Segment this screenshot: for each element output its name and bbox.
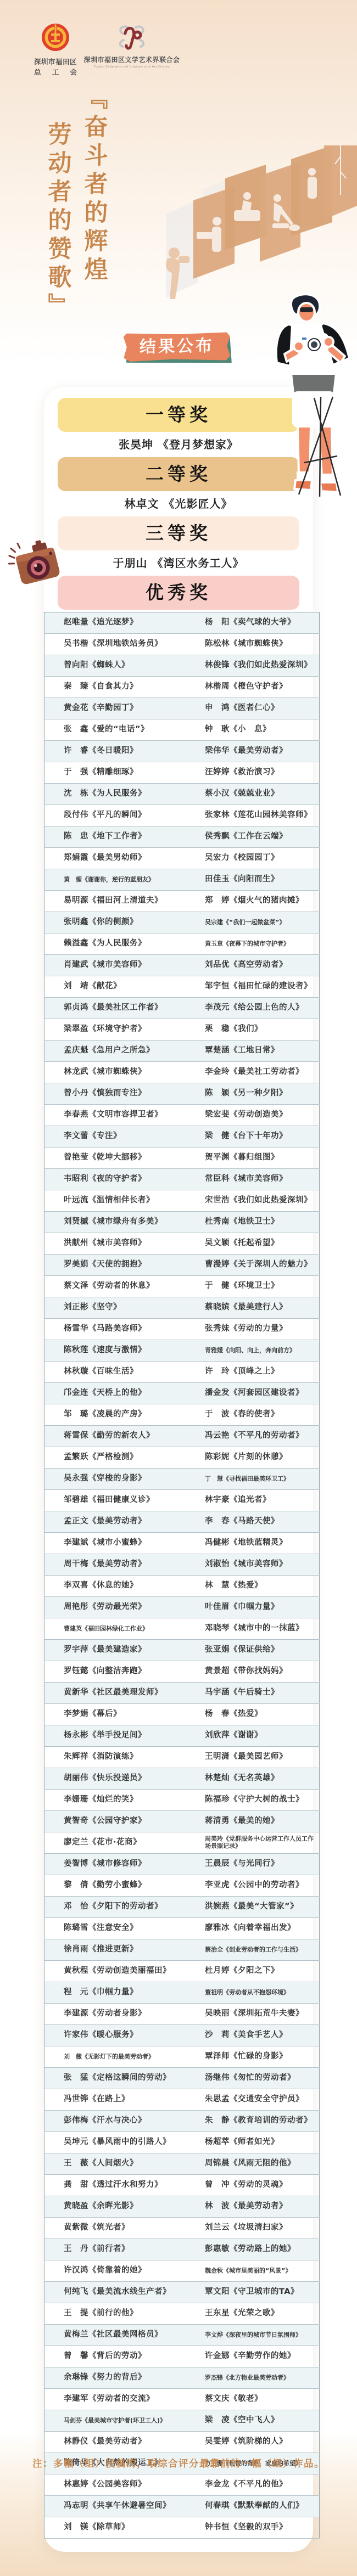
entry-left: 胡丽伟《快乐投递员》: [44, 1768, 205, 1790]
entry-left: 陈秋莲《速度与激情》: [44, 1340, 205, 1362]
results-card: 一等奖 张昊坤 《登月梦想家》 二等奖 林卓文 《光影匠人》 三等奖 于朋山 《…: [44, 387, 313, 2552]
entry-right: 林楚灿《无名英雄》: [204, 1768, 320, 1790]
entry-left: 吴坤元《暴风雨中的引路人》: [44, 2132, 205, 2153]
entry-left: 李梦娟《幕后》: [44, 1704, 205, 1725]
entry-left: 余琳锋《努力的背后》: [44, 2367, 205, 2389]
entry-left: 刘 薇《无影灯下的最美劳动者》: [44, 2046, 205, 2068]
entry-left: 黄晓盈《余晖光影》: [44, 2196, 205, 2218]
table-row: 吴坤元《暴风雨中的引路人》杨超萃《师者如光》: [44, 2132, 320, 2153]
entry-left: 李双喜《休息的她》: [44, 1576, 205, 1597]
entry-right: 陈福珍《守护大树的战士》: [204, 1790, 320, 1811]
table-row: 黄梅兰《社区最美网格员》李文烨《深夜里的城市节日氛围师》: [44, 2325, 320, 2346]
entry-right: 洪婉燕《最美“大管家”》: [204, 1897, 320, 1918]
photographer-silhouette-icon: [146, 244, 198, 302]
table-row: 周干梅《最美劳动者》刘淑怡《城市美容师》: [44, 1554, 320, 1576]
entry-right: 林 波《最美劳动者》: [204, 2196, 320, 2218]
table-row: 杨永彬《举手投足间》刘欣萍《谢谢》: [44, 1725, 320, 1747]
table-row: 何纯飞《最美流水线生产者》覃文阳《守卫城市的TA》: [44, 2282, 320, 2303]
entry-left: 邝金连《天桥上的他》: [44, 1383, 205, 1404]
table-row: 孟正文《最美劳动者》李 春《马路天使》: [44, 1511, 320, 1533]
union-logo-line2: 总工会: [34, 67, 77, 77]
table-row: 陈璐雪《注意安全》廖雅冰《向着幸福出发》: [44, 1918, 320, 1939]
entry-left: 徐肖雨《推进更新》: [44, 1939, 205, 1961]
table-row: 李建源《劳动者身影》吴映丽《深圳拓荒牛夫妻》: [44, 2004, 320, 2025]
union-emblem-icon: [41, 23, 70, 52]
table-row: 冯世铧《在路上》朱思孟《交通安全守护员》: [44, 2089, 320, 2111]
entry-left: 许家伟《暖心服务》: [44, 2025, 205, 2046]
entry-right: 梁伟华《最美劳动者》: [204, 741, 320, 762]
table-row: 郑娟霞《最美男幼师》吴宏力《校园园丁》: [44, 848, 320, 869]
entry-left: 王 提《前行的他》: [44, 2303, 205, 2325]
entry-right: 蔡文庆《敬老》: [204, 2389, 320, 2410]
table-row: 黄新华《社区最美理发师》马宇涵《午后骑士》: [44, 1683, 320, 1704]
entry-right: 曹漫婷《关于深圳人的魅力》: [204, 1255, 320, 1276]
entry-right: 魏金秋《城市里美丽的“风景”》: [204, 2260, 320, 2282]
entry-right: 蔡小汉《兢兢业业》: [204, 784, 320, 805]
table-row: 蒋雪保《勤劳的新农人》冯云艳《不平凡的劳动者》: [44, 1426, 320, 1447]
table-row: 李春燕《文明市容捍卫者》梁宏斐《劳动创造美》: [44, 1105, 320, 1126]
entry-left: 李文蕾《专注》: [44, 1126, 205, 1148]
table-row: 吴书楷《深圳地铁站务员》陈松林《城市蜘蛛侠》: [44, 634, 320, 655]
table-row: 段付伟《平凡的瞬间》张家林《莲花山园林美容师》: [44, 805, 320, 826]
table-row: 罗美娟《天使的拥抱》曹漫婷《关于深圳人的魅力》: [44, 1255, 320, 1276]
entry-left: 张 鑫《爱的“电话”》: [44, 719, 205, 741]
entry-left: 曹建英《福田园林绿化工作业》: [44, 1618, 205, 1640]
entry-right: 田佳玉《向阳而生》: [204, 869, 320, 891]
table-row: 徐肖雨《推进更新》蔡治全《创业劳动者的工作与生活》: [44, 1939, 320, 1961]
entry-left: 何纯飞《最美流水线生产者》: [44, 2282, 205, 2303]
entry-left: 许汉鸿《倚靠着的她》: [44, 2260, 205, 2282]
entry-right: 王东星《光荣之歌》: [204, 2303, 320, 2325]
federation-logo-block: 深圳市福田区文学艺术界联合会 Futian Federation of Lite…: [82, 22, 181, 69]
entry-right: 青雅媛《向阳、向上，奔向前方》: [204, 1340, 320, 1362]
entry-left: 程 元《巾帼力量》: [44, 1982, 205, 2004]
entry-left: 叶远流《温情相伴长者》: [44, 1190, 205, 1212]
entry-right: 叶佳眉《巾帼力量》: [204, 1597, 320, 1618]
entry-right: 宋世浩《我们如此热爱深圳》: [204, 1190, 320, 1212]
third-prize-winner: 于朋山 《湾区水务工人》: [44, 550, 313, 576]
entry-left: 马剑芬《最美城市守护者(环卫工人)》: [44, 2410, 205, 2432]
page-title-line-1: 『奋斗者的辉煌: [80, 86, 107, 285]
entry-left: 罗美娟《天使的拥抱》: [44, 1255, 205, 1276]
table-row: 李文蕾《专注》梁 健《台下十年功》: [44, 1126, 320, 1148]
entry-right: 常臣科《城市美容师》: [204, 1169, 320, 1190]
entry-left: 黄秋程《劳动创造美丽福田》: [44, 1961, 205, 1982]
table-row: 曾艳莹《乾坤大挪移》贺平渊《暮归组图》: [44, 1148, 320, 1169]
entry-right: 冯健彬《地铁蓝精灵》: [204, 1533, 320, 1554]
table-row: 邓 怡《夕阳下的劳动者》洪婉燕《最美“大管家”》: [44, 1897, 320, 1918]
entry-left: 周艳彤《劳动最光荣》: [44, 1597, 205, 1618]
entry-right: 梁 健《台下十年功》: [204, 1126, 320, 1148]
entry-right: 杨超萃《师者如光》: [204, 2132, 320, 2153]
table-row: 许汉鸿《倚靠着的她》魏金秋《城市里美丽的“风景”》: [44, 2260, 320, 2282]
entry-left: 黄智奇《公园守护家》: [44, 1811, 205, 1832]
entry-right: 何春琪《默默奉献的人们》: [204, 2496, 320, 2517]
entry-left: 韦昭利《夜的守护者》: [44, 1169, 205, 1190]
table-row: 黄晓盈《余晖光影》林 波《最美劳动者》: [44, 2196, 320, 2218]
table-row: 许家伟《暖心服务》沙 莉《美食手艺人》: [44, 2025, 320, 2046]
table-row: 孟庆魁《急用户之所急》覃楚涵《工地日常》: [44, 1040, 320, 1062]
entry-right: 李金玲《最美社工劳动者》: [204, 1062, 320, 1083]
entry-left: 曾小丹《慎独而专注》: [44, 1083, 205, 1105]
entry-left: 黄梅兰《社区最美网格员》: [44, 2325, 205, 2346]
table-row: 邝金连《天桥上的他》潘金发《河套园区建设者》: [44, 1383, 320, 1404]
entry-left: 杨永彬《举手投足间》: [44, 1725, 205, 1747]
entry-left: 许 睿《冬日暖阳》: [44, 741, 205, 762]
results-announcement-page: 深圳市福田区 总工会 深圳市福田区文学艺术界联合会 Futian Federat…: [0, 0, 357, 2576]
entry-left: 曾 馨《背后的劳动》: [44, 2346, 205, 2367]
entry-left: 黄金花《辛勤园丁》: [44, 698, 205, 719]
entry-left: 赖溢鑫《为人民服务》: [44, 933, 205, 955]
entry-right: 栗 稳《我们》: [204, 1019, 320, 1040]
table-row: 张明鑫《你的侧颜》吴宗建《“我们一起做盆菜”》: [44, 912, 320, 933]
table-row: 王 提《前行的他》王东星《光荣之歌》: [44, 2303, 320, 2325]
entry-right: 蔡治全《创业劳动者的工作与生活》: [204, 1939, 320, 1961]
entry-left: 黄 媚《谢谢你，逆行的蓝朋友》: [44, 869, 205, 891]
entry-right: 杨 阳《卖气球的大爷》: [204, 612, 320, 634]
table-row: 曾小丹《慎独而专注》陈 颖《另一种夕阳》: [44, 1083, 320, 1105]
entry-right: 蔡晓嫔《最美建行人》: [204, 1297, 320, 1319]
entry-right: 朱 静《教育培训的劳动者》: [204, 2111, 320, 2132]
entry-right: 刘兰云《垃圾清扫家》: [204, 2218, 320, 2239]
table-row: 刘贤槭《城市绿舟有多美》杜秀南《地铁卫士》: [44, 1212, 320, 1233]
entry-right: 李茂元《给公园上色的人》: [204, 998, 320, 1019]
entry-left: 黎 倩《勤劳小蜜蜂》: [44, 1875, 205, 1897]
table-row: 王 薇《人间烟火》周锦晨《风雨无阻的他》: [44, 2153, 320, 2175]
table-row: 刘 镁《除草师》钟书恒《坚毅的双手》: [44, 2517, 320, 2539]
table-row: 肖建武《城市美容师》刘品优《高空劳动者》: [44, 955, 320, 976]
entry-left: 秦 臻《自食其力》: [44, 677, 205, 698]
table-row: 冯志明《共享午休避暑空间》何春琪《默默奉献的人们》: [44, 2496, 320, 2517]
entry-left: 李建斌《城市小蜜蜂》: [44, 1533, 205, 1554]
entry-left: 曾向阳《蜘蛛人》: [44, 655, 205, 677]
table-row: 龚 甜《透过汗水和努力》曾 冲《劳动的灵魂》: [44, 2175, 320, 2196]
entry-left: 廖定兰《花市·花商》: [44, 1832, 205, 1854]
entry-right: 杜秀南《地铁卫士》: [204, 1212, 320, 1233]
entry-right: 冯云艳《不平凡的劳动者》: [204, 1426, 320, 1447]
entry-right: 林楷周《橙色守护者》: [204, 677, 320, 698]
entry-right: 沙 莉《美食手艺人》: [204, 2025, 320, 2046]
table-row: 黎 倩《勤劳小蜜蜂》李亚虎《公园中的劳动者》: [44, 1875, 320, 1897]
entry-right: 陈彩妮《片刻的休憩》: [204, 1447, 320, 1469]
table-row: 蔡文泽《劳动者的休息》于 健《环境卫士》: [44, 1276, 320, 1297]
footer-note: 注：多幅（组）投稿的，取综合评分最靠前的一幅（组）作品。: [0, 2456, 357, 2470]
federation-logo-name-en: Futian Federation of Literary and Art Ci…: [82, 65, 181, 69]
entry-right: 张家林《莲花山园林美容师》: [204, 805, 320, 826]
entry-left: 沈 栋《为人民服务》: [44, 784, 205, 805]
entry-right: 汪婷婷《救治演习》: [204, 762, 320, 784]
entry-left: 李建源《劳动者身影》: [44, 2004, 205, 2025]
entry-right: 蒋清勇《最美的她》: [204, 1811, 320, 1832]
table-row: 杨雪华《马路美容师》张秀妹《劳动的力量》: [44, 1319, 320, 1340]
entry-left: 洪献州《城市美容师》: [44, 1233, 205, 1255]
results-ribbon: 结果公布: [124, 331, 231, 362]
entry-left: 吴永强《穿梭的身影》: [44, 1469, 205, 1490]
federation-logo-name: 深圳市福田区文学艺术界联合会: [82, 55, 181, 64]
entry-left: 刘 镁《除草师》: [44, 2517, 205, 2539]
entry-left: 蒋雪保《勤劳的新农人》: [44, 1426, 205, 1447]
entry-left: 王 丹《前行者》: [44, 2239, 205, 2260]
entry-right: 林宇豪《追光者》: [204, 1490, 320, 1511]
entry-left: 李建军《劳动者的交流》: [44, 2389, 205, 2410]
entry-right: 申 鸿《医者仁心》: [204, 698, 320, 719]
table-row: 邹 璐《凌晨的产房》于 波《春的使者》: [44, 1404, 320, 1426]
entry-right: 刘品优《高空劳动者》: [204, 955, 320, 976]
entry-right: 覃文阳《守卫城市的TA》: [204, 2282, 320, 2303]
table-row: 邹碧雄《福田健康义诊》林宇豪《追光者》: [44, 1490, 320, 1511]
table-row: 易明源《福田河上清道夫》郑 婷《烟火气的猪肉摊》: [44, 891, 320, 912]
entry-left: 刘贤槭《城市绿舟有多美》: [44, 1212, 205, 1233]
entry-right: 侯秀飘《工作在云端》: [204, 826, 320, 848]
entry-right: 曾 冲《劳动的灵魂》: [204, 2175, 320, 2196]
entry-right: 覃楚涵《工地日常》: [204, 1040, 320, 1062]
excellence-table: 赵唯量《追光逐梦》杨 阳《卖气球的大爷》吴书楷《深圳地铁站务员》陈松林《城市蜘蛛…: [44, 612, 320, 2539]
table-row: 罗宇萍《最美建造家》张亚娟《保证供给》: [44, 1640, 320, 1661]
entry-right: 王明潇《最美园艺师》: [204, 1747, 320, 1768]
entry-left: 陈璐雪《注意安全》: [44, 1918, 205, 1939]
entry-right: 李 春《马路天使》: [204, 1511, 320, 1533]
entry-right: 刘淑怡《城市美容师》: [204, 1554, 320, 1576]
third-prize-banner: 三等奖: [58, 516, 299, 550]
entry-left: 王 薇《人间烟火》: [44, 2153, 205, 2175]
table-row: 李建军《劳动者的交流》蔡文庆《敬老》: [44, 2389, 320, 2410]
entry-left: 刘正彬《坚守》: [44, 1297, 205, 1319]
entry-right: 于 健《环境卫士》: [204, 1276, 320, 1297]
federation-emblem-icon: [117, 22, 147, 50]
table-row: 林龙武《城市蜘蛛侠》李金玲《最美社工劳动者》: [44, 1062, 320, 1083]
entry-right: 朱思孟《交通安全守护员》: [204, 2089, 320, 2111]
table-row: 郭贞鸿《最美社区工作者》李茂元《给公园上色的人》: [44, 998, 320, 1019]
table-row: 林秋璇《百味生活》许 玲《顶峰之上》: [44, 1362, 320, 1383]
table-row: 黄紫微《筑光者》刘兰云《垃圾清扫家》: [44, 2218, 320, 2239]
entry-right: 杨 春《热爱》: [204, 1704, 320, 1725]
entry-right: 陈松林《城市蜘蛛侠》: [204, 634, 320, 655]
entry-right: 董祖明《劳动者从不抱怨环境》: [204, 1982, 320, 2004]
photographer-illustration: [268, 293, 357, 498]
entry-left: 林秋璇《百味生活》: [44, 1362, 205, 1383]
entry-left: 姜智博《城市修容师》: [44, 1854, 205, 1875]
union-logo-line1: 深圳市福田区: [32, 57, 79, 66]
entry-left: 刘 靖《献花》: [44, 976, 205, 998]
table-row: 梁翠盈《环境守护者》栗 稳《我们》: [44, 1019, 320, 1040]
entry-left: 曾艳莹《乾坤大挪移》: [44, 1148, 205, 1169]
entry-left: 邓 怡《夕阳下的劳动者》: [44, 1897, 205, 1918]
entry-left: 李春燕《文明市容捍卫者》: [44, 1105, 205, 1126]
entry-left: 陈 忠《地下工作者》: [44, 826, 205, 848]
table-row: 林惠婷《公园美容师》李金龙《不平凡的他》: [44, 2474, 320, 2496]
table-row: 孟繁跃《严格检测》陈彩妮《片刻的休憩》: [44, 1447, 320, 1469]
page-title-line-2: 劳动者的赞歌』: [44, 122, 71, 322]
table-row: 彭伟梅《汗水与决心》朱 静《教育培训的劳动者》: [44, 2111, 320, 2132]
entry-left: 段付伟《平凡的瞬间》: [44, 805, 205, 826]
entry-left: 赵唯量《追光逐梦》: [44, 612, 205, 634]
table-row: 李双喜《休息的她》林 慧《热爱》: [44, 1576, 320, 1597]
entry-left: 邹碧雄《福田健康义诊》: [44, 1490, 205, 1511]
entry-left: 孟繁跃《严格检测》: [44, 1447, 205, 1469]
entry-right: 李文烨《深夜里的城市节日氛围师》: [204, 2325, 320, 2346]
table-row: 秦 臻《自食其力》林楷周《橙色守护者》: [44, 677, 320, 698]
entry-right: 周锦晨《风雨无阻的他》: [204, 2153, 320, 2175]
table-row: 李梦娟《幕后》杨 春《热爱》: [44, 1704, 320, 1725]
second-prize-banner: 二等奖: [58, 457, 299, 491]
entry-right: 马宇涵《午后骑士》: [204, 1683, 320, 1704]
entry-left: 周干梅《最美劳动者》: [44, 1554, 205, 1576]
entry-right: 吴雯婷《筑阶梯的人》: [204, 2432, 320, 2453]
table-row: 程 元《巾帼力量》董祖明《劳动者从不抱怨环境》: [44, 1982, 320, 2004]
entry-left: 孟正文《最美劳动者》: [44, 1511, 205, 1533]
entry-right: 廖雅冰《向着幸福出发》: [204, 1918, 320, 1939]
entry-right: 丁 慧《寻找福田最美环卫工》: [204, 1469, 320, 1490]
table-row: 赵唯量《追光逐梦》杨 阳《卖气球的大爷》: [44, 612, 320, 634]
table-row: 余琳锋《努力的背后》罗杰锋《北方物业最美劳动者》: [44, 2367, 320, 2389]
entry-right: 王晨辰《与光同行》: [204, 1854, 320, 1875]
entry-left: 李姗珊《灿烂的笑》: [44, 1790, 205, 1811]
entry-right: 郑 婷《烟火气的猪肉摊》: [204, 891, 320, 912]
entry-right: 李亚虎《公园中的劳动者》: [204, 1875, 320, 1897]
entry-right: 梁 凌《空中飞人》: [204, 2410, 320, 2432]
table-row: 罗钰懿《向整洁奔跑》黄景超《带你找妈妈》: [44, 1661, 320, 1683]
table-row: 李建斌《城市小蜜蜂》冯健彬《地铁蓝精灵》: [44, 1533, 320, 1554]
entry-left: 郑娟霞《最美男幼师》: [44, 848, 205, 869]
entry-right: 梁宏斐《劳动创造美》: [204, 1105, 320, 1126]
table-row: 张 猛《定格这瞬间的劳动》汤继伟《匆忙的劳动者》: [44, 2068, 320, 2089]
table-row: 陈 忠《地下工作者》侯秀飘《工作在云端》: [44, 826, 320, 848]
entry-right: 吴映丽《深圳拓荒牛夫妻》: [204, 2004, 320, 2025]
entry-right: 许金娜《辛勤劳作的她》: [204, 2346, 320, 2367]
table-row: 许 睿《冬日暖阳》梁伟华《最美劳动者》: [44, 741, 320, 762]
entry-left: 梁翠盈《环境守护者》: [44, 1019, 205, 1040]
ribbon-label: 结果公布: [124, 331, 231, 362]
entry-right: 吴宗建《“我们一起做盆菜”》: [204, 912, 320, 933]
entry-left: 吴书楷《深圳地铁站务员》: [44, 634, 205, 655]
table-row: 沈 栋《为人民服务》蔡小汉《兢兢业业》: [44, 784, 320, 805]
entry-right: 李金龙《不平凡的他》: [204, 2474, 320, 2496]
entry-left: 朱辉祥《消防演练》: [44, 1747, 205, 1768]
table-row: 黄金花《辛勤园丁》申 鸿《医者仁心》: [44, 698, 320, 719]
table-row: 姜智博《城市修容师》王晨辰《与光同行》: [44, 1854, 320, 1875]
table-row: 刘正彬《坚守》蔡晓嫔《最美建行人》: [44, 1297, 320, 1319]
entry-right: 林俊锋《我们如此热爱深圳》: [204, 655, 320, 677]
entry-left: 邹 璐《凌晨的产房》: [44, 1404, 205, 1426]
entry-left: 冯志明《共享午休避暑空间》: [44, 2496, 205, 2517]
table-row: 胡丽伟《快乐投递员》林楚灿《无名英雄》: [44, 1768, 320, 1790]
table-row: 韦昭利《夜的守护者》常臣科《城市美容师》: [44, 1169, 320, 1190]
table-row: 于 强《精雕细琢》汪婷婷《救治演习》: [44, 762, 320, 784]
table-row: 叶远流《温情相伴长者》宋世浩《我们如此热爱深圳》: [44, 1190, 320, 1212]
table-row: 洪献州《城市美容师》吴文颖《托起希望》: [44, 1233, 320, 1255]
entry-right: 吴文颖《托起希望》: [204, 1233, 320, 1255]
table-row: 赖溢鑫《为人民服务》黄玉章《夜幕下的城市守护者》: [44, 933, 320, 955]
table-row: 陈秋莲《速度与激情》青雅媛《向阳、向上，奔向前方》: [44, 1340, 320, 1362]
table-row: 曹建英《福田园林绿化工作业》邓晓琴《城市中的一抹蓝》: [44, 1618, 320, 1640]
entry-right: 许 玲《顶峰之上》: [204, 1362, 320, 1383]
entry-left: 黄紫微《筑光者》: [44, 2218, 205, 2239]
entry-right: 黄玉章《夜幕下的城市守护者》: [204, 933, 320, 955]
table-row: 黄 媚《谢谢你，逆行的蓝朋友》田佳玉《向阳而生》: [44, 869, 320, 891]
entry-right: 林 慧《热爱》: [204, 1576, 320, 1597]
entry-right: 钟 耿《小 息》: [204, 719, 320, 741]
entry-right: 张亚娟《保证供给》: [204, 1640, 320, 1661]
entry-left: 冯世铧《在路上》: [44, 2089, 205, 2111]
entry-right: 彭惠敏《劳动路上的她》: [204, 2239, 320, 2260]
entry-right: 邹宇恒《福田忙碌的建设者》: [204, 976, 320, 998]
entry-left: 杨雪华《马路美容师》: [44, 1319, 205, 1340]
entry-right: 刘欣萍《谢谢》: [204, 1725, 320, 1747]
entry-left: 彭伟梅《汗水与决心》: [44, 2111, 205, 2132]
first-prize-banner: 一等奖: [58, 398, 299, 432]
entry-left: 黄新华《社区最美理发师》: [44, 1683, 205, 1704]
entry-left: 易明源《福田河上清道夫》: [44, 891, 205, 912]
table-row: 林静仪《最美劳动者》吴雯婷《筑阶梯的人》: [44, 2432, 320, 2453]
table-row: 刘 靖《献花》邹宇恒《福田忙碌的建设者》: [44, 976, 320, 998]
entry-left: 肖建武《城市美容师》: [44, 955, 205, 976]
entry-left: 龚 甜《透过汗水和努力》: [44, 2175, 205, 2196]
entry-right: 潘金发《河套园区建设者》: [204, 1383, 320, 1404]
entry-right: 罗杰锋《北方物业最美劳动者》: [204, 2367, 320, 2389]
entry-right: 钟书恒《坚毅的双手》: [204, 2517, 320, 2539]
entry-right: 邓晓琴《城市中的一抹蓝》: [204, 1618, 320, 1640]
entry-left: 于 强《精雕细琢》: [44, 762, 205, 784]
entry-left: 罗钰懿《向整洁奔跑》: [44, 1661, 205, 1683]
entry-right: 于 波《春的使者》: [204, 1404, 320, 1426]
table-row: 马剑芬《最美城市守护者(环卫工人)》梁 凌《空中飞人》: [44, 2410, 320, 2432]
entry-left: 罗宇萍《最美建造家》: [44, 1640, 205, 1661]
table-row: 黄智奇《公园守护家》蒋清勇《最美的她》: [44, 1811, 320, 1832]
entry-right: 汤继伟《匆忙的劳动者》: [204, 2068, 320, 2089]
table-row: 曾 馨《背后的劳动》许金娜《辛勤劳作的她》: [44, 2346, 320, 2367]
entry-right: 贺平渊《暮归组图》: [204, 1148, 320, 1169]
union-logo-block: 深圳市福田区 总工会: [32, 23, 79, 77]
table-row: 王 丹《前行者》彭惠敏《劳动路上的她》: [44, 2239, 320, 2260]
table-row: 张 鑫《爱的“电话”》钟 耿《小 息》: [44, 719, 320, 741]
table-row: 周艳彤《劳动最光荣》叶佳眉《巾帼力量》: [44, 1597, 320, 1618]
entry-right: 黄景超《带你找妈妈》: [204, 1661, 320, 1683]
entry-right: 陈 颖《另一种夕阳》: [204, 1083, 320, 1105]
entry-left: 林龙武《城市蜘蛛侠》: [44, 1062, 205, 1083]
entry-left: 林静仪《最美劳动者》: [44, 2432, 205, 2453]
entry-right: 周美玲《党群服务中心运营工作人员工作场景照记录》: [204, 1832, 320, 1854]
table-row: 李姗珊《灿烂的笑》陈福珍《守护大树的战士》: [44, 1790, 320, 1811]
entry-left: 蔡文泽《劳动者的休息》: [44, 1276, 205, 1297]
table-row: 曾向阳《蜘蛛人》林俊锋《我们如此热爱深圳》: [44, 655, 320, 677]
entry-left: 张明鑫《你的侧颜》: [44, 912, 205, 933]
excellence-rows: 赵唯量《追光逐梦》杨 阳《卖气球的大爷》吴书楷《深圳地铁站务员》陈松林《城市蜘蛛…: [44, 612, 320, 2539]
entry-right: 杜月婷《夕阳之下》: [204, 1961, 320, 1982]
entry-right: 覃泽师《忙碌的身影》: [204, 2046, 320, 2068]
table-row: 吴永强《穿梭的身影》丁 慧《寻找福田最美环卫工》: [44, 1469, 320, 1490]
entry-left: 张 猛《定格这瞬间的劳动》: [44, 2068, 205, 2089]
entry-right: 张秀妹《劳动的力量》: [204, 1319, 320, 1340]
table-row: 黄秋程《劳动创造美丽福田》杜月婷《夕阳之下》: [44, 1961, 320, 1982]
excellence-award-banner: 优秀奖: [58, 576, 299, 610]
table-row: 刘 薇《无影灯下的最美劳动者》覃泽师《忙碌的身影》: [44, 2046, 320, 2068]
table-row: 廖定兰《花市·花商》周美玲《党群服务中心运营工作人员工作场景照记录》: [44, 1832, 320, 1854]
entry-left: 郭贞鸿《最美社区工作者》: [44, 998, 205, 1019]
entry-left: 孟庆魁《急用户之所急》: [44, 1040, 205, 1062]
entry-right: 吴宏力《校园园丁》: [204, 848, 320, 869]
table-row: 朱辉祥《消防演练》王明潇《最美园艺师》: [44, 1747, 320, 1768]
entry-left: 林惠婷《公园美容师》: [44, 2474, 205, 2496]
